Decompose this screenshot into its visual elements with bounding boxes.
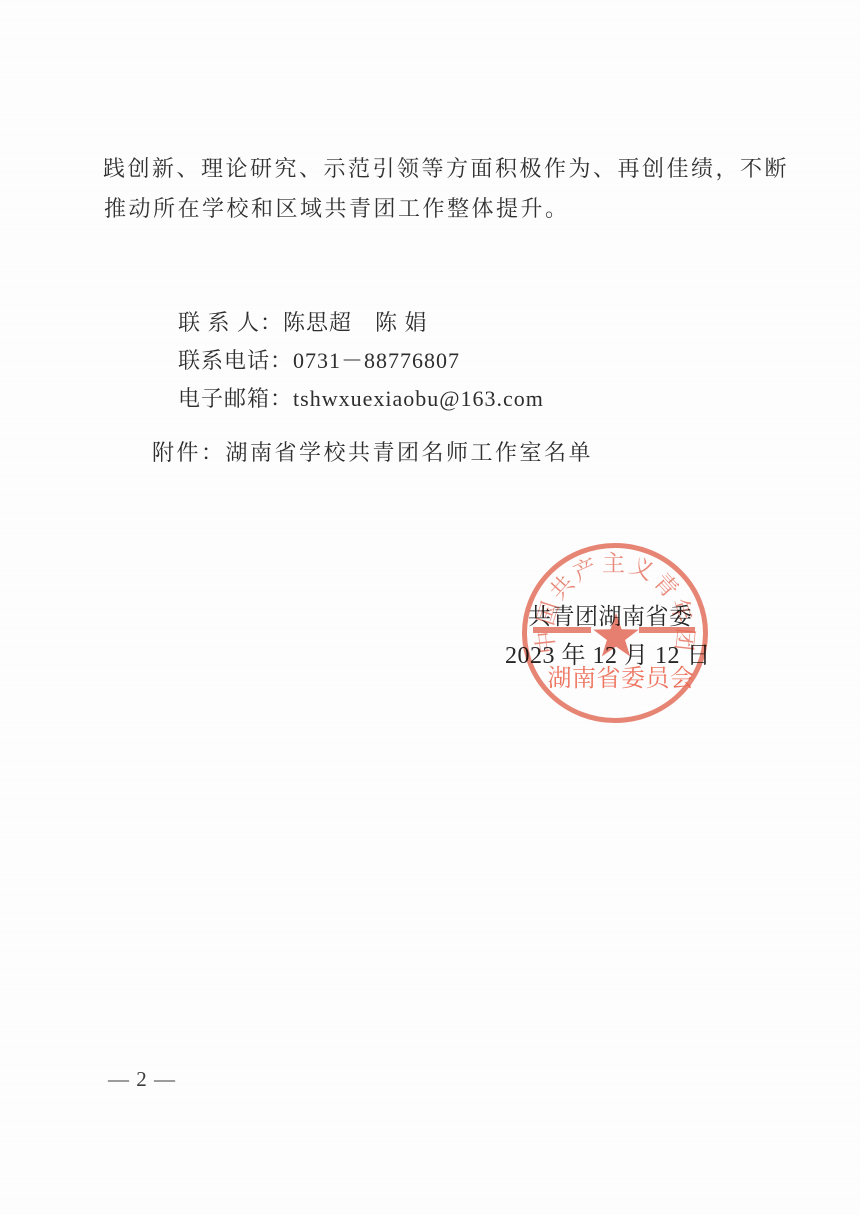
attachment-line: 附件：湖南省学校共青团名师工作室名单 — [152, 439, 593, 467]
contact-email-address: tshwxuexiaobu@163.com — [293, 386, 544, 411]
official-seal-stamp: 中国共产主义青年团 湖南省委员会 — [515, 533, 715, 733]
page-number: — 2 — — [108, 1066, 176, 1092]
document-page: 践创新、理论研究、示范引领等方面积极作为、再创佳绩，不断 推动所在学校和区域共青… — [0, 0, 860, 1215]
contact-email-label: 电子邮箱： — [178, 386, 293, 411]
seal-star-icon — [593, 613, 639, 656]
body-paragraph-line-1: 践创新、理论研究、示范引领等方面积极作为、再创佳绩，不断 — [103, 155, 789, 183]
seal-banner-text: 湖南省委员会 — [548, 665, 695, 692]
body-paragraph-line-2: 推动所在学校和区域共青团工作整体提升。 — [104, 195, 570, 223]
seal-left-bar — [533, 627, 591, 633]
seal-right-bar — [639, 627, 695, 633]
contact-email-line: 电子邮箱：tshwxuexiaobu@163.com — [152, 357, 544, 440]
